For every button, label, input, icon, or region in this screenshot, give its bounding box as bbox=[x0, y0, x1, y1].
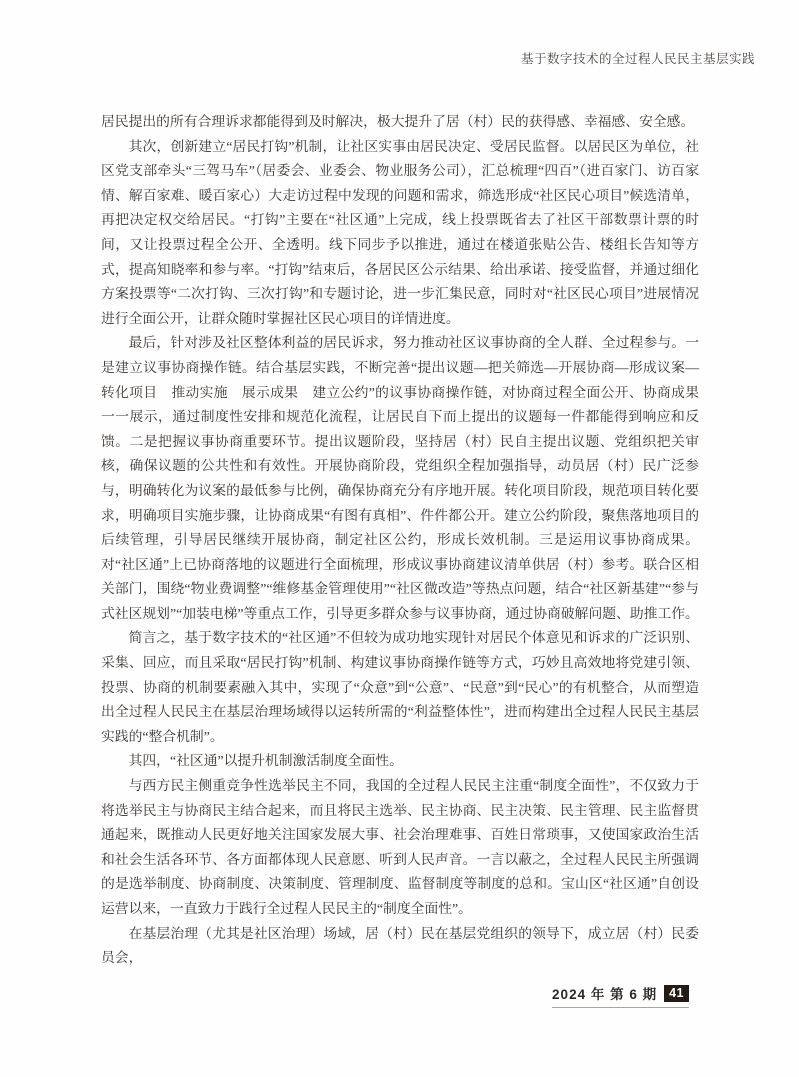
body-paragraph: 最后，针对涉及社区整体利益的居民诉求，努力推动社区议事协商的全人群、全过程参与。… bbox=[101, 331, 699, 626]
body-paragraph: 其四，“社区通”以提升机制激活制度全面性。 bbox=[101, 749, 699, 774]
issue-label: 2024 年 第 6 期 bbox=[552, 983, 657, 1003]
running-header: 基于数字技术的全过程人民民主基层实践 bbox=[521, 49, 755, 67]
body-text: 居民提出的所有合理诉求都能得到及时解决，极大提升了居（村）民的获得感、幸福感、安… bbox=[101, 110, 699, 971]
body-paragraph: 其次，创新建立“居民打钩”机制，让社区实事由居民决定、受居民监督。以居民区为单位… bbox=[101, 135, 699, 332]
body-paragraph: 居民提出的所有合理诉求都能得到及时解决，极大提升了居（村）民的获得感、幸福感、安… bbox=[101, 110, 699, 135]
body-paragraph: 与西方民主侧重竞争性选举民主不同，我国的全过程人民民主注重“制度全面性”，不仅致… bbox=[101, 774, 699, 922]
body-paragraph: 简言之，基于数字技术的“社区通”不但较为成功地实现针对居民个体意见和诉求的广泛识… bbox=[101, 626, 699, 749]
page-footer: 2024 年 第 6 期 41 bbox=[552, 983, 689, 1008]
body-paragraph: 在基层治理（尤其是社区治理）场域，居（村）民在基层党组织的领导下，成立居（村）民… bbox=[101, 922, 699, 971]
journal-page: 基于数字技术的全过程人民民主基层实践 居民提出的所有合理诉求都能得到及时解决，极… bbox=[0, 0, 799, 1077]
page-number-badge: 41 bbox=[664, 985, 689, 1002]
